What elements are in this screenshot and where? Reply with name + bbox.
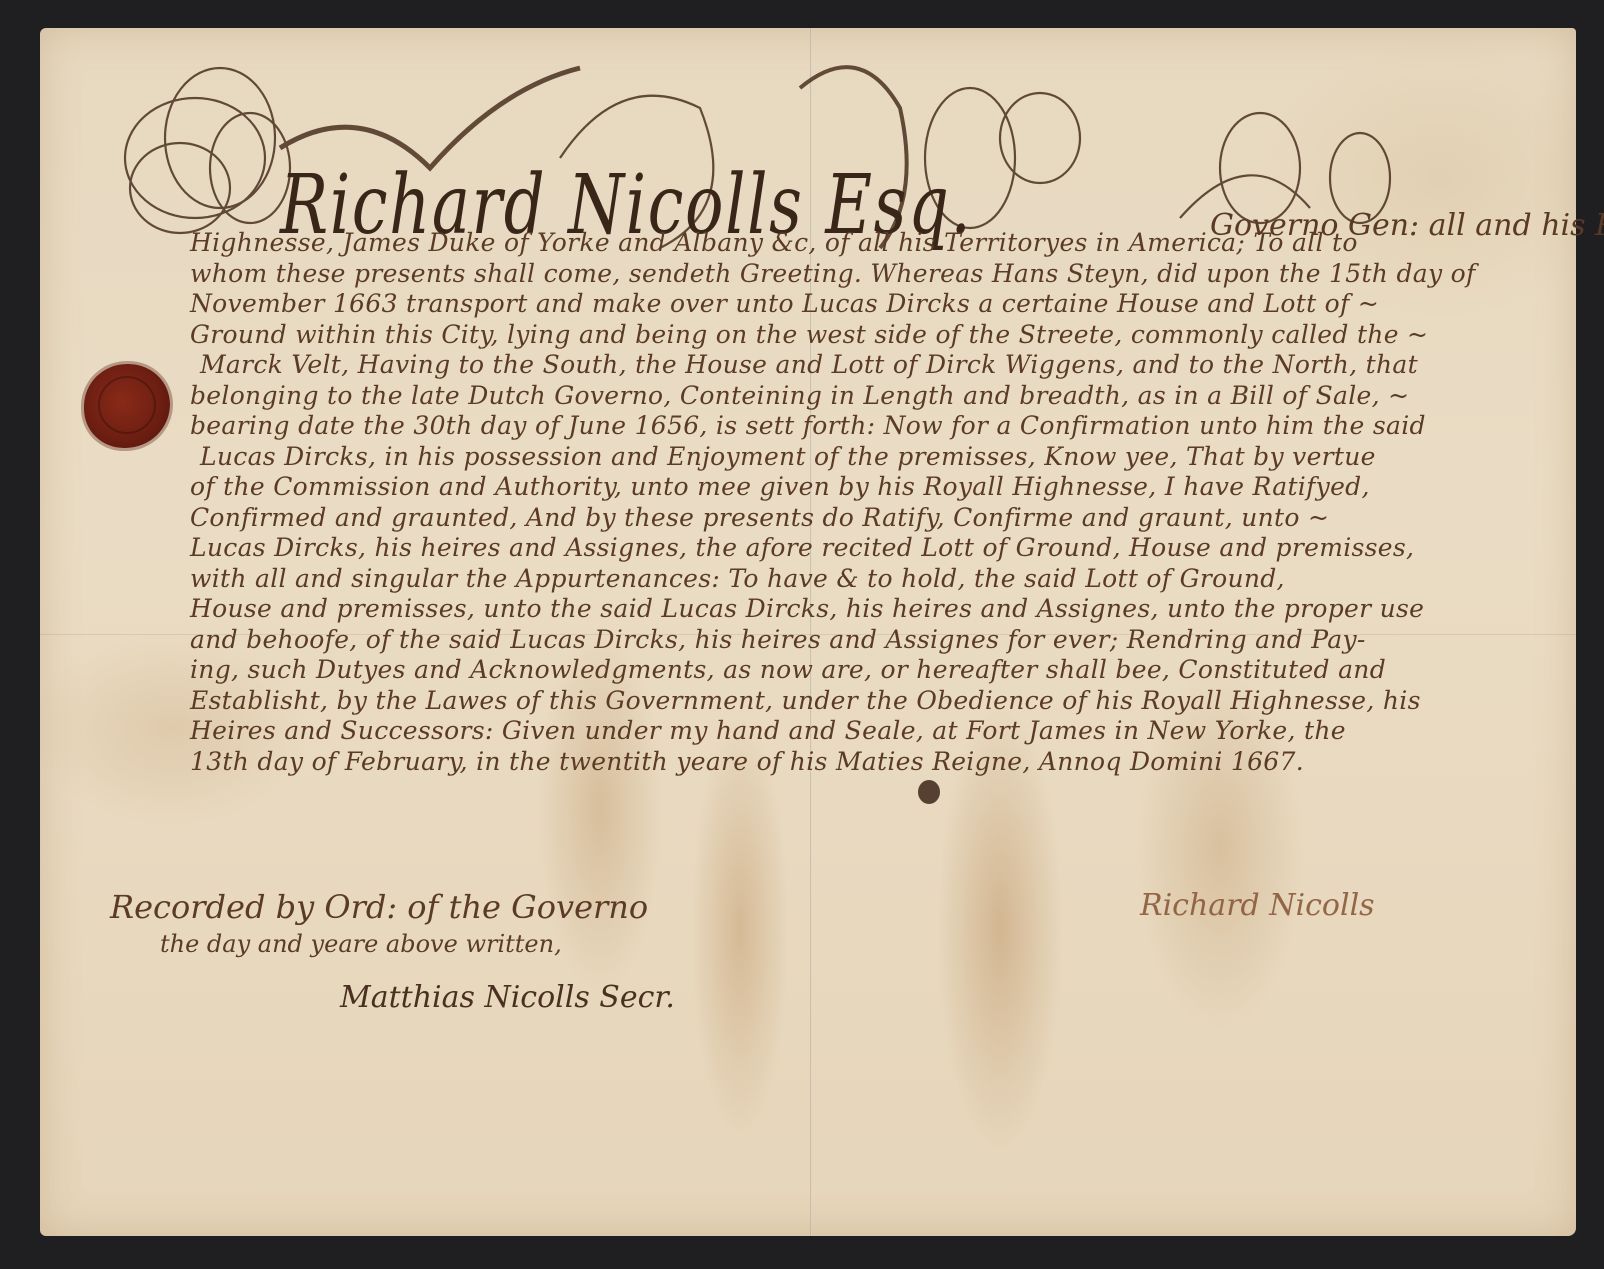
body-line: House and premisses, unto the said Lucas… xyxy=(190,594,1550,625)
body-line: Heires and Successors: Given under my ha… xyxy=(190,716,1550,747)
body-line: whom these presents shall come, sendeth … xyxy=(190,259,1550,290)
body-line: belonging to the late Dutch Governo, Con… xyxy=(190,381,1550,412)
recorded-line-2: the day and yeare above written, xyxy=(160,930,675,958)
governor-signature: Richard Nicolls xyxy=(1140,888,1375,923)
body-line: Lucas Dircks, his heires and Assignes, t… xyxy=(190,533,1550,564)
ink-blot xyxy=(918,780,940,804)
deed-body: Highnesse, James Duke of Yorke and Alban… xyxy=(190,228,1550,777)
body-line: 13th day of February, in the twentith ye… xyxy=(190,747,1550,778)
body-line: Ground within this City, lying and being… xyxy=(190,320,1550,351)
document-heading: Richard Nicolls Esq. Governo Gen: all an… xyxy=(100,48,1560,248)
body-line: Marck Velt, Having to the South, the Hou… xyxy=(190,350,1550,381)
wax-seal xyxy=(84,364,170,448)
body-line: Highnesse, James Duke of Yorke and Alban… xyxy=(190,228,1550,259)
body-line: with all and singular the Appurtenances:… xyxy=(190,564,1550,595)
secretary-signature: Matthias Nicolls Secr. xyxy=(340,980,675,1015)
body-line: of the Commission and Authority, unto me… xyxy=(190,472,1550,503)
body-line: Lucas Dircks, in his possession and Enjo… xyxy=(190,442,1550,473)
body-line: November 1663 transport and make over un… xyxy=(190,289,1550,320)
body-line: Confirmed and graunted, And by these pre… xyxy=(190,503,1550,534)
body-line: ing, such Dutyes and Acknowledgments, as… xyxy=(190,655,1550,686)
body-line: and behoofe, of the said Lucas Dircks, h… xyxy=(190,625,1550,656)
manuscript-sheet: Richard Nicolls Esq. Governo Gen: all an… xyxy=(40,28,1576,1236)
body-line: bearing date the 30th day of June 1656, … xyxy=(190,411,1550,442)
recorded-line-1: Recorded by Ord: of the Governo xyxy=(110,888,675,926)
body-line: Establisht, by the Lawes of this Governm… xyxy=(190,686,1550,717)
recorded-note: Recorded by Ord: of the Governo the day … xyxy=(100,888,675,1015)
